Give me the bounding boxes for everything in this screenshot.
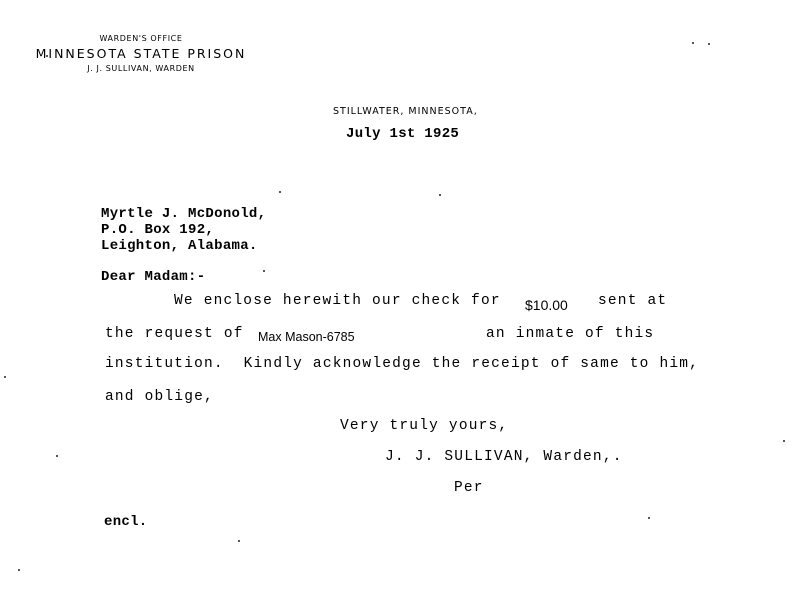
scan-speck — [263, 270, 265, 272]
body-line-2-end: an inmate of this — [486, 326, 654, 342]
scan-speck — [439, 194, 441, 196]
scan-speck — [56, 455, 58, 457]
letter-page: WARDEN'S OFFICE MINNESOTA STATE PRISON J… — [0, 0, 800, 594]
inmate-name: Max Mason-6785 — [258, 330, 355, 344]
recipient-name: Myrtle J. McDonold, — [101, 206, 266, 222]
check-amount: $10.00 — [525, 297, 568, 313]
letterhead-institution: MINNESOTA STATE PRISON — [0, 46, 282, 61]
body-line-1-end: sent at — [598, 293, 667, 309]
enclosure-note: encl. — [104, 514, 148, 530]
body-line-1-start: We enclose herewith our check for — [174, 293, 501, 309]
scan-speck — [4, 376, 6, 378]
place-line: STILLWATER, MINNESOTA, — [333, 106, 478, 117]
body-line-4: and oblige, — [105, 389, 214, 405]
scan-speck — [238, 540, 240, 542]
valediction: Very truly yours, — [340, 418, 508, 434]
body-line-3: institution. Kindly acknowledge the rece… — [105, 356, 699, 372]
body-line-2-start: the request of — [105, 326, 244, 342]
signature-line: J. J. SULLIVAN, Warden,. — [385, 449, 623, 465]
salutation: Dear Madam:- — [101, 269, 205, 285]
per-line: Per — [454, 480, 484, 496]
letter-date: July 1st 1925 — [346, 126, 459, 142]
scan-speck — [279, 191, 281, 193]
scan-speck — [18, 569, 20, 571]
recipient-address-2: Leighton, Alabama. — [101, 238, 258, 254]
recipient-address-1: P.O. Box 192, — [101, 222, 214, 238]
scan-speck — [692, 42, 694, 44]
letterhead-office: WARDEN'S OFFICE — [0, 34, 282, 43]
letterhead-warden: J. J. SULLIVAN, WARDEN — [0, 64, 282, 73]
scan-speck — [708, 43, 710, 45]
scan-speck — [783, 440, 785, 442]
scan-speck — [648, 517, 650, 519]
scan-speck — [46, 55, 48, 57]
